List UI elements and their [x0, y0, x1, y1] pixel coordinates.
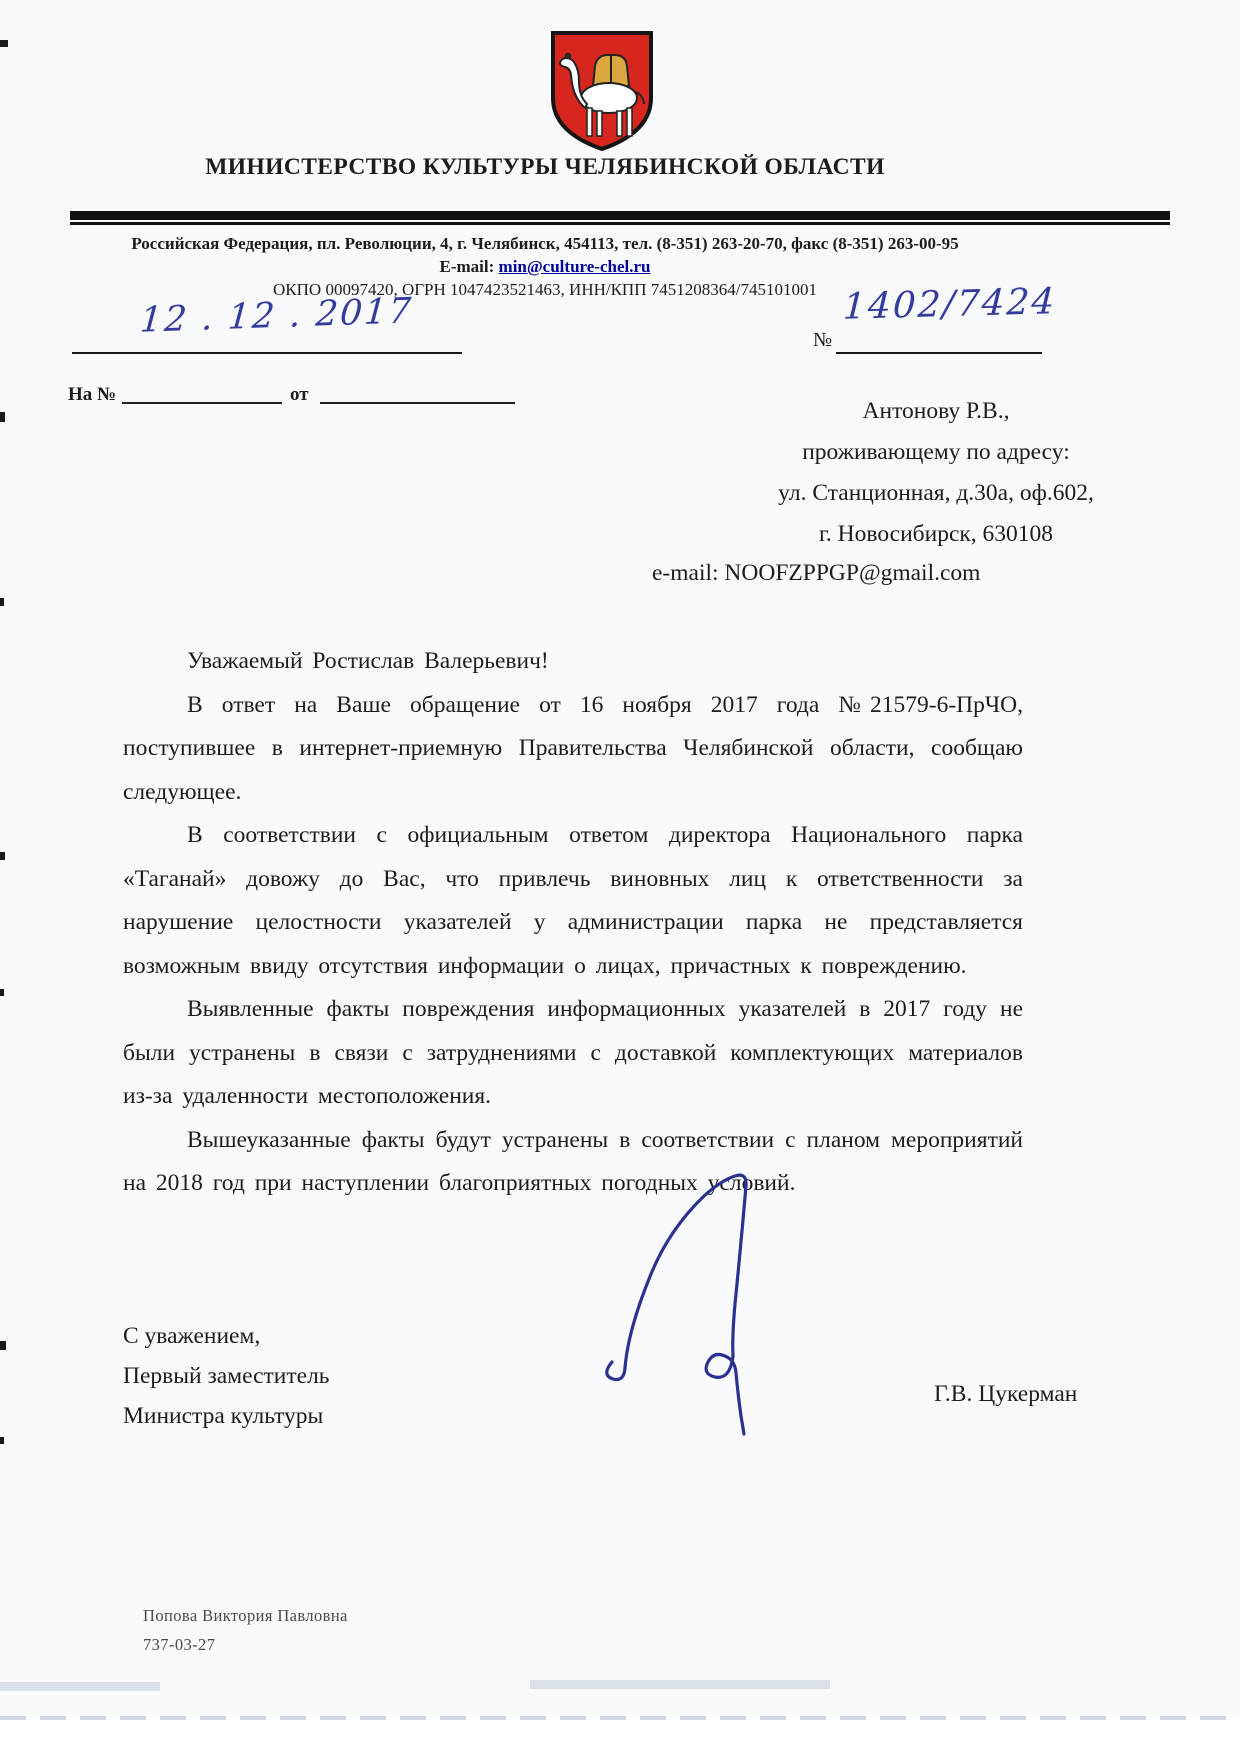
body-paragraph: Выявленные факты повреждения информацион… [123, 988, 1023, 1119]
letter-body: Уважаемый Ростислав Валерьевич! В ответ … [123, 640, 1023, 1206]
coat-of-arms-icon [549, 30, 655, 152]
handwritten-outgoing-number: 1402/7424 [842, 281, 1057, 328]
letterhead-divider [70, 211, 1170, 225]
closing-position-2: Министра культуры [123, 1396, 330, 1436]
recipient-email: e-mail: NOOFZPPGP@gmail.com [652, 560, 980, 587]
reply-number-blank-line [122, 382, 282, 404]
closing-regards: С уважением, [123, 1316, 330, 1356]
body-paragraph: Вышеуказанные факты будут устранены в со… [123, 1119, 1023, 1206]
salutation: Уважаемый Ростислав Валерьевич! [123, 640, 1023, 684]
reply-date-blank-line [320, 382, 515, 404]
signature-ink [598, 1166, 830, 1438]
recipient-name: Антонову Р.В., [650, 391, 1222, 432]
recipient-block: Антонову Р.В., проживающему по адресу: у… [650, 391, 1222, 555]
signer-name: Г.В. Цукерман [934, 1381, 1077, 1408]
body-paragraph: В ответ на Ваше обращение от 16 ноября 2… [123, 684, 1023, 815]
executor-name: Попова Виктория Павловна [143, 1606, 348, 1626]
reply-to-label: На № [68, 384, 116, 406]
ministry-title: МИНИСТЕРСТВО КУЛЬТУРЫ ЧЕЛЯБИНСКОЙ ОБЛАСТ… [0, 154, 1090, 181]
letterhead-address-line: Российская Федерация, пл. Революции, 4, … [0, 234, 1090, 254]
date-blank-line [72, 352, 462, 354]
closing-block: С уважением, Первый заместитель Министра… [123, 1316, 330, 1436]
number-blank-line [836, 352, 1042, 354]
recipient-street: ул. Станционная, д.30а, оф.602, [650, 473, 1222, 514]
closing-position-1: Первый заместитель [123, 1356, 330, 1396]
recipient-address-intro: проживающему по адресу: [650, 432, 1222, 473]
letterhead-email-line: E-mail: min@culture-chel.ru [0, 257, 1090, 277]
scan-bottom-edge [0, 1716, 1240, 1720]
body-paragraph: В соответствии с официальным ответом дир… [123, 814, 1023, 988]
email-label: E-mail: [440, 257, 499, 276]
executor-phone: 737-03-27 [143, 1635, 215, 1655]
recipient-city: г. Новосибирск, 630108 [650, 514, 1222, 555]
ministry-email-link: min@culture-chel.ru [499, 257, 651, 276]
reply-from-label: от [290, 384, 309, 406]
scanned-letter-page: МИНИСТЕРСТВО КУЛЬТУРЫ ЧЕЛЯБИНСКОЙ ОБЛАСТ… [0, 0, 1240, 1754]
outgoing-number-label: № [813, 329, 832, 352]
